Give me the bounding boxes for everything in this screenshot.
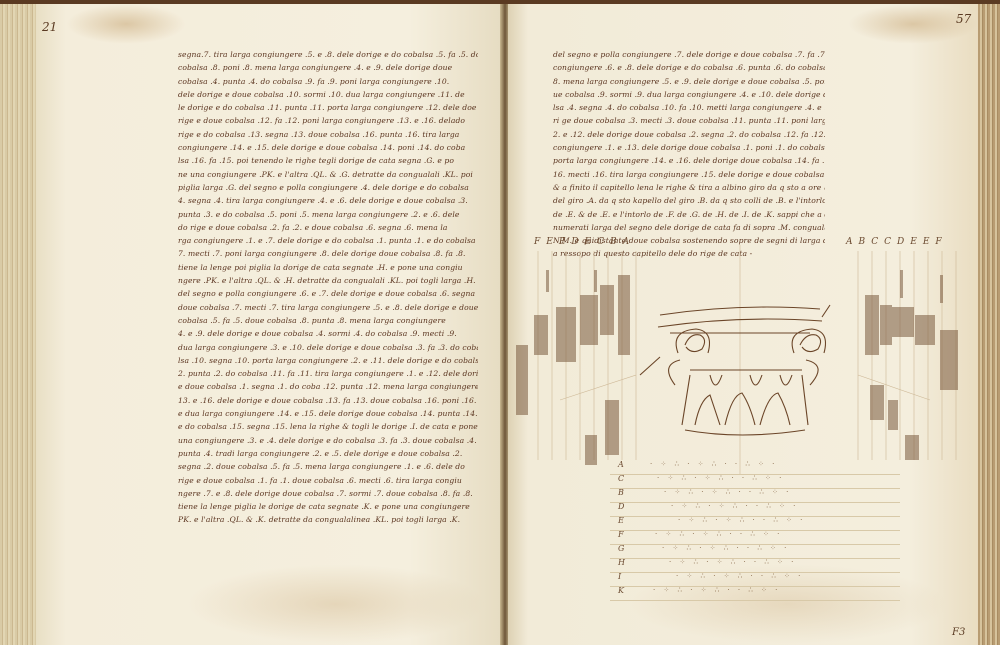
manuscript-line: segna.7. tira larga congiungere .5. e .8… bbox=[178, 48, 478, 61]
row-label: K bbox=[618, 586, 624, 595]
row-label: B bbox=[618, 488, 624, 497]
manuscript-line: e do cobalsa .15. segna .15. lena la rig… bbox=[178, 420, 478, 433]
manuscript-line: tiene la lenge poi piglia la dorige de c… bbox=[178, 261, 478, 274]
manuscript-line: cobalsa .4. punta .4. do cobalsa .9. fa … bbox=[178, 75, 478, 88]
row-label: D bbox=[618, 502, 624, 511]
manuscript-line: punta .4. tradi larga congiungere .2. e … bbox=[178, 447, 478, 460]
row-label: C bbox=[618, 474, 624, 483]
right-page-edges bbox=[978, 4, 1000, 645]
row-marks: · ⁘ ∴ · ⁘ ∴ · · ∴ ⁘ · bbox=[657, 474, 784, 482]
manuscript-line: lsa .16. fa .15. poi tenendo le righe te… bbox=[178, 154, 478, 167]
manuscript-line: una congiungere .3. e .4. dele dorige e … bbox=[178, 434, 478, 447]
water-stain bbox=[66, 4, 186, 44]
manuscript-line: rige e doue cobalsa .1. fa .1. doue coba… bbox=[178, 474, 478, 487]
row-marks: · ⁘ ∴ · ⁘ ∴ · · ∴ ⁘ · bbox=[671, 502, 798, 510]
left-page-text: segna.7. tira larga congiungere .5. e .8… bbox=[178, 48, 478, 527]
manuscript-line: punta .3. e do cobalsa .5. poni .5. mena… bbox=[178, 208, 478, 221]
right-page-text: del segno e polla congiungere .7. dele d… bbox=[553, 48, 825, 261]
manuscript-line: rige e do cobalsa .13. segna .13. doue c… bbox=[178, 128, 478, 141]
manuscript-line: 4. e .9. dele dorige e doue cobalsa .4. … bbox=[178, 327, 478, 340]
manuscript-line: ue cobalsa .9. sormi .9. dua larga congi… bbox=[553, 88, 825, 101]
manuscript-line: tiene la lenge piglia le dorige de cata … bbox=[178, 500, 478, 513]
row-label: F bbox=[618, 530, 624, 539]
manuscript-line: piglia larga .G. del segno e polla congi… bbox=[178, 181, 478, 194]
row-marks: · ⁘ ∴ · ⁘ ∴ · · ∴ ⁘ · bbox=[664, 488, 791, 496]
left-page-edges bbox=[0, 4, 40, 645]
manuscript-line: do rige e doue cobalsa .2. fa .2. e doue… bbox=[178, 221, 478, 234]
manuscript-line: del segno e polla congiungere .7. dele d… bbox=[553, 48, 825, 61]
manuscript-line: de .E. & de .E. e l'intorlo de .F. de .G… bbox=[553, 208, 825, 221]
row-label: I bbox=[618, 572, 621, 581]
manuscript-line: 4. segna .4. tira larga congiungere .4. … bbox=[178, 194, 478, 207]
water-stain bbox=[186, 564, 486, 644]
manuscript-line: cobalsa .8. poni .8. mena larga congiung… bbox=[178, 61, 478, 74]
row-marks: · ⁘ ∴ · ⁘ ∴ · · ∴ ⁘ · bbox=[676, 572, 803, 580]
left-folio-number: 21 bbox=[42, 20, 57, 34]
manuscript-line: congiungere .6. e .8. dele dorige e do c… bbox=[553, 61, 825, 74]
manuscript-line: e doue cobalsa .1. segna .1. do coba .12… bbox=[178, 380, 478, 393]
row-marks: · ⁘ ∴ · ⁘ ∴ · · ∴ ⁘ · bbox=[678, 516, 805, 524]
row-marks: · ⁘ ∴ · ⁘ ∴ · · ∴ ⁘ · bbox=[669, 558, 796, 566]
manuscript-line: segna .2. doue cobalsa .5. fa .5. mena l… bbox=[178, 460, 478, 473]
manuscript-line: PK. e l'altra .QL. & .K. detratte da con… bbox=[178, 513, 478, 526]
manuscript-line: e dua larga congiungere .14. e .15. dele… bbox=[178, 407, 478, 420]
manuscript-line: 16. mecti .16. tira larga congiungere .1… bbox=[553, 168, 825, 181]
manuscript-line: 2. e .12. dele dorige doue cobalsa .2. s… bbox=[553, 128, 825, 141]
manuscript-line: rga congiungere .1. e .7. dele dorige e … bbox=[178, 234, 478, 247]
capital-diagram: FEEDECBA ABCCDEEF bbox=[510, 235, 980, 485]
row-marks: · ⁘ ∴ · ⁘ ∴ · · ∴ ⁘ · bbox=[655, 530, 782, 538]
row-marks: · ⁘ ∴ · ⁘ ∴ · · ∴ ⁘ · bbox=[662, 544, 789, 552]
manuscript-line: ngere .PK. e l'altra .QL. & .H. detratte… bbox=[178, 274, 478, 287]
manuscript-line: congiungere .14. e .15. dele dorige e do… bbox=[178, 141, 478, 154]
manuscript-line: ngere .7. e .8. dele dorige doue cobalsa… bbox=[178, 487, 478, 500]
manuscript-line: 13. e .16. dele dorige e doue cobalsa .1… bbox=[178, 394, 478, 407]
row-marks: · ⁘ ∴ · ⁘ ∴ · · ∴ ⁘ · bbox=[650, 460, 777, 468]
manuscript-line: rige e doue cobalsa .12. fa .12. poni la… bbox=[178, 114, 478, 127]
manuscript-line: 2. punta .2. do cobalsa .11. fa .11. tir… bbox=[178, 367, 478, 380]
manuscript-line: dua larga congiungere .3. e .10. dele do… bbox=[178, 341, 478, 354]
manuscript-line: numerati larga del segno dele dorige de … bbox=[553, 221, 825, 234]
coordinate-table: A· ⁘ ∴ · ⁘ ∴ · · ∴ ⁘ ·C· ⁘ ∴ · ⁘ ∴ · · ∴… bbox=[610, 458, 900, 608]
manuscript-line: del giro .A. da q sto kapello del giro .… bbox=[553, 194, 825, 207]
manuscript-line: ne una congiungere .PK. e l'altra .QL. &… bbox=[178, 168, 478, 181]
manuscript-line: del segno e polla congiungere .6. e .7. … bbox=[178, 287, 478, 300]
manuscript-line: lsa .4. segna .4. do cobalsa .10. fa .10… bbox=[553, 101, 825, 114]
table-row: K· ⁘ ∴ · ⁘ ∴ · · ∴ ⁘ · bbox=[610, 588, 900, 601]
manuscript-line: & a finito il capitello lena le righe & … bbox=[553, 181, 825, 194]
manuscript-line: doue cobalsa .7. mecti .7. tira larga co… bbox=[178, 301, 478, 314]
manuscript-line: porta larga congiungere .14. e .16. dele… bbox=[553, 154, 825, 167]
manuscript-line: le dorige e do cobalsa .11. punta .11. p… bbox=[178, 101, 478, 114]
manuscript-line: 8. mena larga congiungere .5. e .9. dele… bbox=[553, 75, 825, 88]
row-label: H bbox=[618, 558, 625, 567]
capital-drawing-icon bbox=[510, 235, 980, 485]
manuscript-line: lsa .10. segna .10. porta larga congiung… bbox=[178, 354, 478, 367]
signature-mark: F3 bbox=[952, 627, 965, 638]
open-manuscript-book: 21 57 segna.7. tira larga congiungere .5… bbox=[0, 0, 1000, 645]
manuscript-line: dele dorige e doue cobalsa .10. sormi .1… bbox=[178, 88, 478, 101]
row-label: A bbox=[618, 460, 624, 469]
manuscript-line: ri ge doue cobalsa .3. mecti .3. doue co… bbox=[553, 114, 825, 127]
row-label: E bbox=[618, 516, 624, 525]
manuscript-line: congiungere .1. e .13. dele dorige doue … bbox=[553, 141, 825, 154]
manuscript-line: cobalsa .5. fa .5. doue cobalsa .8. punt… bbox=[178, 314, 478, 327]
manuscript-line: 7. mecti .7. poni larga congiungere .8. … bbox=[178, 247, 478, 260]
row-marks: · ⁘ ∴ · ⁘ ∴ · · ∴ ⁘ · bbox=[653, 586, 780, 594]
row-label: G bbox=[618, 544, 624, 553]
right-folio-number: 57 bbox=[956, 12, 971, 26]
